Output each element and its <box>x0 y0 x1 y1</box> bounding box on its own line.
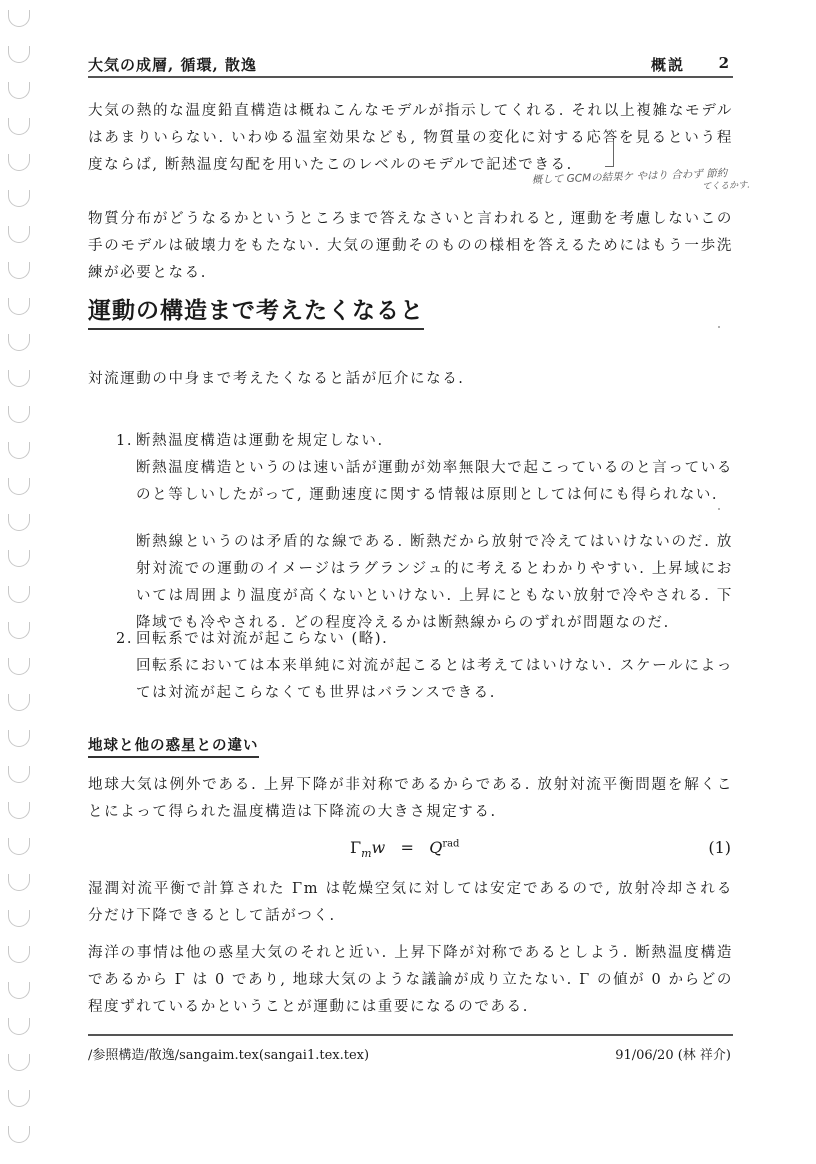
paragraph-material-distribution: 物質分布がどうなるかというところまで答えなさいと言われると, 運動を考慮しないこ… <box>88 206 733 287</box>
punch-hole <box>8 118 30 135</box>
equation-number: (1) <box>708 838 731 857</box>
punch-hole <box>8 874 30 891</box>
punch-hole <box>8 46 30 63</box>
paragraph-intro: 大気の熱的な温度鉛直構造は概ねこんなモデルが指示してくれる. それ以上複雑なモデ… <box>88 98 733 179</box>
punch-hole <box>8 658 30 675</box>
q-symbol: Q <box>429 838 442 857</box>
punch-hole <box>8 730 30 747</box>
binder-hole-punches <box>8 0 38 1164</box>
punch-hole <box>8 586 30 603</box>
punch-hole <box>8 82 30 99</box>
punch-hole <box>8 622 30 639</box>
punch-hole <box>8 1126 30 1143</box>
punch-hole <box>8 226 30 243</box>
punch-hole <box>8 334 30 351</box>
list-item-body-continued: 断熱線というのは矛盾的な線である. 断熱だから放射で冷えてはいけないのだ. 放射… <box>116 529 733 637</box>
punch-hole <box>8 442 30 459</box>
punch-hole <box>8 190 30 207</box>
footer-date-author: 91/06/20 (林 祥介) <box>615 1044 731 1063</box>
gamma-symbol: Γ <box>350 838 361 857</box>
running-footer: /参照構造/散逸/sangaim.tex(sangai1.tex.tex) 91… <box>88 1034 733 1042</box>
punch-hole <box>8 802 30 819</box>
gamma-subscript: m <box>361 847 371 860</box>
section-heading-motion-structure: 運動の構造まで考えたくなると <box>88 296 424 330</box>
running-header: 大気の成層, 循環, 散逸 概説 2 <box>88 52 733 78</box>
list-item-body: 回転系においては本来単純に対流が起こるとは考えてはいけない. スケールによっては… <box>116 653 733 707</box>
header-section: 概説 <box>651 54 685 75</box>
footer-file-path: /参照構造/散逸/sangaim.tex(sangai1.tex.tex) <box>88 1044 369 1063</box>
punch-hole <box>8 478 30 495</box>
list-item-lead: 断熱温度構造は運動を規定しない. <box>116 428 733 455</box>
punch-hole <box>8 910 30 927</box>
scan-speck <box>718 326 720 328</box>
w-variable: w <box>372 838 386 857</box>
equals-sign: = <box>401 838 414 857</box>
punch-hole <box>8 154 30 171</box>
list-item-lead: 回転系では対流が起こらない (略). <box>116 626 733 653</box>
punch-hole <box>8 1018 30 1035</box>
punch-hole <box>8 550 30 567</box>
punch-hole <box>8 406 30 423</box>
list-number: 1. <box>116 428 133 455</box>
scan-speck <box>718 508 720 510</box>
equation-1: Γmw = Qrad (1) <box>88 838 733 864</box>
punch-hole <box>8 262 30 279</box>
punch-hole <box>8 10 30 27</box>
punch-hole <box>8 1090 30 1107</box>
handwritten-insert-mark <box>605 140 614 167</box>
punch-hole <box>8 1054 30 1071</box>
list-number: 2. <box>116 626 133 653</box>
punch-hole <box>8 946 30 963</box>
list-item-2: 2. 回転系では対流が起こらない (略). 回転系においては本来単純に対流が起こ… <box>116 626 733 707</box>
q-superscript: rad <box>442 839 459 850</box>
page-number: 2 <box>719 54 729 72</box>
paragraph-convection-intro: 対流運動の中身まで考えたくなると話が厄介になる. <box>88 366 733 393</box>
punch-hole <box>8 766 30 783</box>
header-title: 大気の成層, 循環, 散逸 <box>88 54 257 75</box>
punch-hole <box>8 514 30 531</box>
paragraph-ocean: 海洋の事情は他の惑星大気のそれと近い. 上昇下降が対称であるとしよう. 断熱温度… <box>88 940 733 1021</box>
equation-body: Γmw = Qrad <box>350 838 459 860</box>
list-item-1: 1. 断熱温度構造は運動を規定しない. 断熱温度構造というのは速い話が運動が効率… <box>116 428 733 637</box>
punch-hole <box>8 838 30 855</box>
punch-hole <box>8 982 30 999</box>
punch-hole <box>8 298 30 315</box>
subsection-heading-earth-vs-planets: 地球と他の惑星との違い <box>88 736 259 758</box>
paragraph-moist-convection: 湿潤対流平衡で計算された Γm は乾燥空気に対しては安定であるので, 放射冷却さ… <box>88 876 733 930</box>
paragraph-earth-atmosphere: 地球大気は例外である. 上昇下降が非対称であるからである. 放射対流平衡問題を解… <box>88 772 733 826</box>
punch-hole <box>8 694 30 711</box>
list-item-body: 断熱温度構造というのは速い話が運動が効率無限大で起こっているのと言っているのと等… <box>116 455 733 509</box>
punch-hole <box>8 370 30 387</box>
